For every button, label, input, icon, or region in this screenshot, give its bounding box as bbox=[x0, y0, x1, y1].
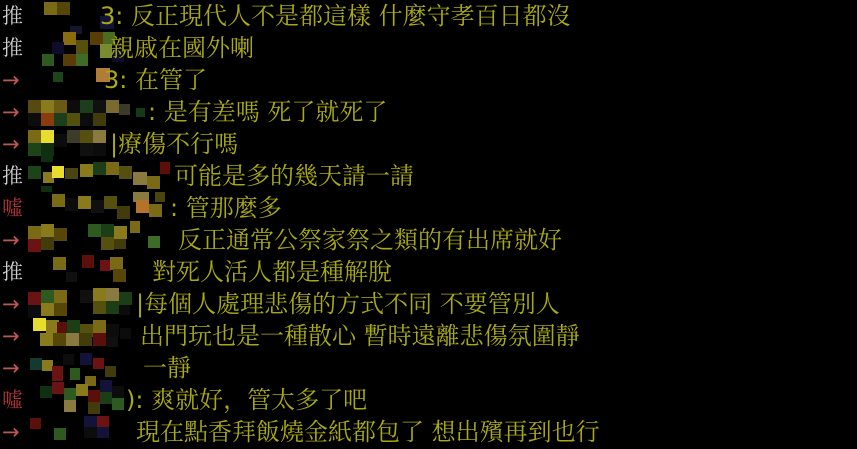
comment-row: 噓 ): 爽就好，管太多了吧 bbox=[0, 384, 857, 416]
mosaic-block bbox=[40, 386, 52, 398]
mosaic-block bbox=[136, 200, 149, 213]
mosaic-block bbox=[41, 303, 54, 316]
mosaic-block bbox=[149, 204, 162, 217]
mosaic-block bbox=[93, 358, 104, 369]
mosaic-block bbox=[52, 166, 64, 178]
mosaic-block bbox=[33, 318, 46, 331]
comment-text: ): 爽就好，管太多了吧 bbox=[126, 384, 367, 416]
comment-row: → 出門玩也是一種散心 暫時遠離悲傷氛圍靜 bbox=[0, 320, 857, 352]
comment-text: 可能是多的幾天請一請 bbox=[174, 160, 414, 192]
mosaic-block bbox=[114, 226, 127, 239]
mosaic-block bbox=[64, 388, 76, 400]
mosaic-block bbox=[67, 113, 80, 126]
comment-row: → 一靜 bbox=[0, 352, 857, 384]
mosaic-block bbox=[54, 113, 67, 126]
mosaic-block bbox=[114, 239, 126, 249]
mosaic-block bbox=[106, 162, 119, 175]
mosaic-block bbox=[52, 382, 64, 394]
mosaic-block bbox=[106, 100, 119, 113]
mosaic-block bbox=[93, 162, 106, 175]
mosaic-block bbox=[66, 333, 79, 346]
mosaic-block bbox=[119, 305, 130, 315]
mosaic-block bbox=[93, 113, 106, 126]
mosaic-block bbox=[84, 416, 97, 427]
mosaic-block bbox=[67, 320, 80, 333]
mosaic-block bbox=[28, 100, 41, 113]
mosaic-block bbox=[160, 162, 170, 174]
mosaic-block bbox=[104, 196, 117, 209]
mosaic-block bbox=[120, 328, 131, 339]
mosaic-block bbox=[93, 143, 106, 156]
mosaic-block bbox=[100, 380, 112, 392]
mosaic-block bbox=[40, 333, 53, 346]
mosaic-block bbox=[28, 305, 41, 318]
mosaic-block bbox=[57, 2, 70, 15]
comment-text: |療傷不行嗎 bbox=[110, 128, 238, 160]
mosaic-block bbox=[88, 402, 100, 414]
mosaic-block bbox=[78, 196, 91, 209]
mosaic-block bbox=[148, 236, 160, 248]
mosaic-block bbox=[44, 2, 57, 15]
mosaic-block bbox=[67, 100, 80, 113]
comment-text: : 是有差嗎 死了就死了 bbox=[148, 96, 387, 128]
mosaic-block bbox=[88, 224, 101, 237]
mosaic-block bbox=[53, 72, 63, 82]
mosaic-block bbox=[147, 176, 160, 189]
mosaic-block bbox=[41, 290, 54, 303]
mosaic-block bbox=[93, 320, 106, 333]
mosaic-block bbox=[64, 400, 76, 412]
mosaic-block bbox=[80, 113, 93, 126]
mosaic-block bbox=[65, 168, 78, 179]
mosaic-block bbox=[41, 143, 54, 156]
mosaic-block bbox=[100, 392, 112, 404]
mosaic-block bbox=[105, 366, 116, 377]
comment-text: 出門玩也是一種散心 暫時遠離悲傷氛圍靜 bbox=[140, 320, 580, 352]
comment-row: 推 3: 反正現代人不是都這樣 什麼守孝百日都沒 bbox=[0, 0, 857, 32]
mosaic-block bbox=[88, 390, 100, 402]
comment-text: : 管那麼多 bbox=[170, 192, 282, 224]
comment-row: 推 可能是多的幾天請一請 bbox=[0, 160, 857, 192]
mosaic-block bbox=[133, 172, 147, 185]
mosaic-block bbox=[112, 398, 124, 410]
mosaic-block bbox=[93, 333, 106, 346]
mosaic-block bbox=[80, 290, 93, 303]
mosaic-block bbox=[93, 301, 106, 314]
mosaic-block bbox=[106, 301, 119, 314]
mosaic-block bbox=[52, 42, 64, 54]
mosaic-block bbox=[41, 130, 54, 143]
comment-row: → : 是有差嗎 死了就死了 bbox=[0, 96, 857, 128]
mosaic-block bbox=[76, 384, 88, 396]
comment-row: 推 對死人活人都是種解脫 bbox=[0, 256, 857, 288]
mosaic-block bbox=[76, 40, 88, 54]
mosaic-block bbox=[93, 100, 106, 113]
comment-text: 親戚在國外喇 bbox=[110, 32, 254, 64]
mosaic-block bbox=[93, 288, 106, 301]
comment-row: 噓 : 管那麼多 bbox=[0, 192, 857, 224]
mosaic-block bbox=[30, 358, 42, 370]
mosaic-block bbox=[130, 221, 140, 233]
mosaic-block bbox=[70, 368, 80, 380]
mosaic-block bbox=[84, 427, 97, 438]
mosaic-block bbox=[119, 292, 132, 305]
mosaic-block bbox=[93, 130, 106, 143]
mosaic-block bbox=[101, 237, 114, 250]
mosaic-block bbox=[28, 130, 41, 143]
mosaic-block bbox=[80, 353, 92, 365]
mosaic-block bbox=[28, 166, 41, 179]
mosaic-block bbox=[54, 228, 67, 241]
mosaic-block bbox=[155, 192, 165, 202]
mosaic-block bbox=[28, 226, 41, 239]
comment-text: 對死人活人都是種解脫 bbox=[152, 256, 392, 288]
mosaic-block bbox=[28, 239, 41, 252]
mosaic-block bbox=[28, 143, 41, 156]
comment-row: → |療傷不行嗎 bbox=[0, 128, 857, 160]
mosaic-block bbox=[80, 164, 93, 177]
mosaic-block bbox=[63, 32, 76, 45]
comment-row: → 3: 在管了 bbox=[0, 64, 857, 96]
comment-text: 一靜 bbox=[143, 352, 191, 384]
mosaic-block bbox=[79, 333, 92, 346]
mosaic-block bbox=[41, 113, 54, 126]
mosaic-block bbox=[112, 386, 124, 398]
mosaic-block bbox=[106, 324, 119, 337]
mosaic-block bbox=[41, 224, 54, 237]
mosaic-block bbox=[119, 166, 132, 179]
mosaic-block bbox=[106, 288, 119, 301]
comment-text: 3: 在管了 bbox=[104, 64, 207, 96]
mosaic-block bbox=[80, 100, 93, 113]
mosaic-block bbox=[80, 143, 93, 156]
mosaic-block bbox=[54, 134, 67, 147]
comment-text: 3: 反正現代人不是都這樣 什麼守孝百日都沒 bbox=[100, 0, 571, 32]
mosaic-block bbox=[65, 198, 78, 211]
comment-text: |每個人處理悲傷的方式不同 不要管別人 bbox=[136, 288, 560, 320]
mosaic-block bbox=[66, 272, 77, 282]
mosaic-block bbox=[54, 303, 67, 316]
mosaic-block bbox=[82, 255, 94, 268]
comment-text: 現在點香拜飯燒金紙都包了 想出殯再到也行 bbox=[136, 416, 600, 448]
mosaic-block bbox=[91, 200, 104, 213]
mosaic-block bbox=[106, 337, 118, 347]
mosaic-block bbox=[97, 427, 109, 438]
mosaic-block bbox=[53, 257, 66, 270]
mosaic-block bbox=[28, 113, 41, 126]
mosaic-block bbox=[54, 428, 66, 440]
mosaic-block bbox=[54, 100, 67, 113]
comment-row: 推 親戚在國外喇 bbox=[0, 32, 857, 64]
mosaic-block bbox=[67, 130, 80, 143]
mosaic-block bbox=[52, 194, 65, 207]
mosaic-block bbox=[30, 418, 41, 429]
mosaic-block bbox=[119, 104, 130, 115]
comment-text: 反正通常公祭家祭之類的有出席就好 bbox=[178, 224, 562, 256]
mosaic-block bbox=[53, 333, 66, 346]
mosaic-block bbox=[117, 206, 130, 219]
comment-row: → |每個人處理悲傷的方式不同 不要管別人 bbox=[0, 288, 857, 320]
mosaic-block bbox=[101, 224, 114, 237]
mosaic-block bbox=[41, 100, 54, 113]
mosaic-block bbox=[136, 108, 145, 117]
comment-row: → 現在點香拜飯燒金紙都包了 想出殯再到也行 bbox=[0, 416, 857, 448]
mosaic-block bbox=[41, 237, 54, 250]
mosaic-block bbox=[52, 366, 63, 381]
mosaic-block bbox=[80, 130, 93, 143]
comment-row: → 反正通常公祭家祭之類的有出席就好 bbox=[0, 224, 857, 256]
mosaic-block bbox=[28, 292, 41, 305]
mosaic-block bbox=[63, 354, 74, 365]
mosaic-block bbox=[113, 269, 126, 282]
ptt-terminal-screen: 推 3: 反正現代人不是都這樣 什麼守孝百日都沒 推 親戚在國外喇 → 3: 在… bbox=[0, 0, 857, 449]
mosaic-block bbox=[54, 290, 67, 303]
mosaic-block bbox=[97, 416, 109, 427]
